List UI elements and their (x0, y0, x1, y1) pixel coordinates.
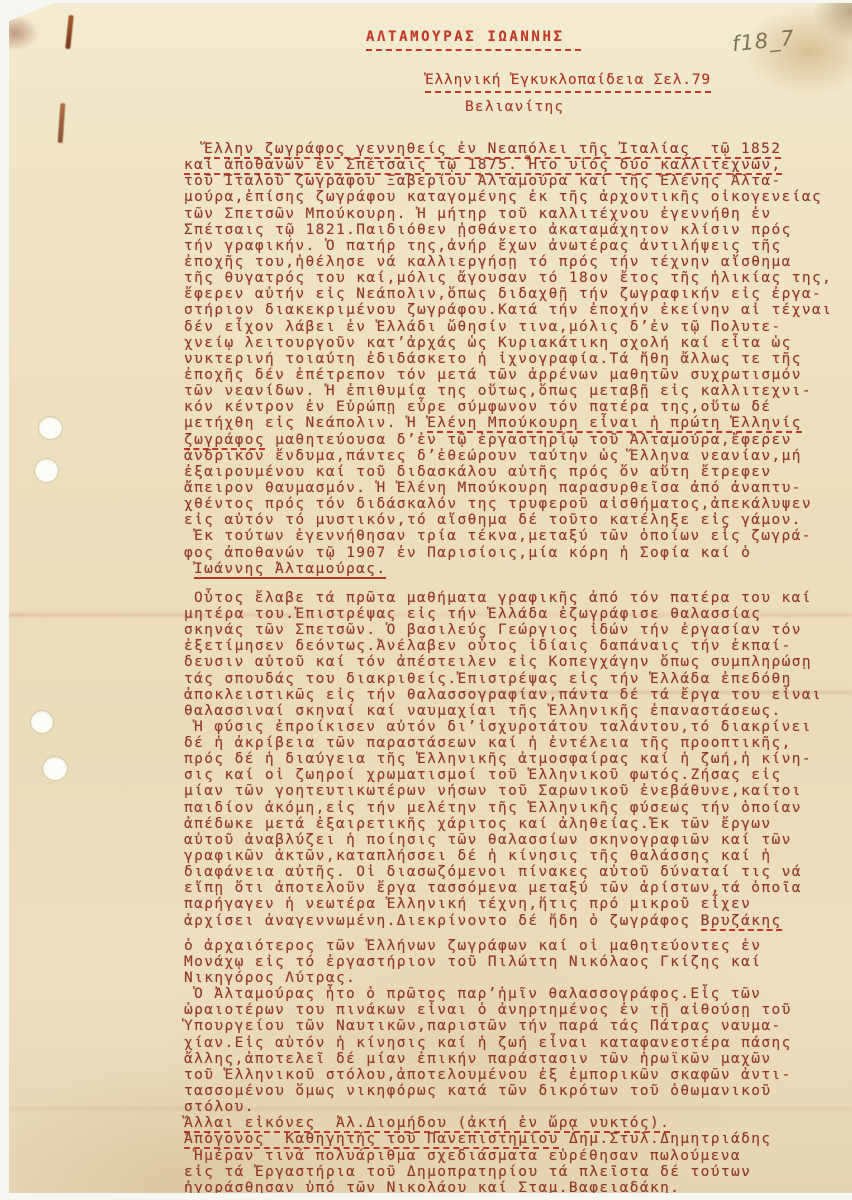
text-run: μίαν τῶν γοητευτικωτέρων νήσων τοῦ Σαρων… (184, 783, 802, 799)
text-run: δέ ἡ ἀκρίβεια τῶν παραστάσεων καί ἡ ἐντέ… (184, 735, 792, 751)
text-line: εἰς τά Ἐργαστήρια τοῦ Δημοπρατηρίου τά π… (184, 1164, 846, 1180)
text-run: ὁ ἀρχαιότερος τῶν Ἑλλήνων ζωγράφων καί ο… (184, 938, 761, 954)
text-line: δευσιν αὐτοῦ καί τόν ἀπέστειλεν εἰς Κοπε… (184, 654, 846, 670)
paper-sheet: f18_7 ΑΛΤΑΜΟΥΡΑΣ ΙΩΑΝΝΗΣ Ἑλληνική Ἐγκυκλ… (9, 3, 852, 1193)
text-run: Ὁ Ἀλταμούρας ἦτο ὁ πρῶτος παρ’ἡμῖν θαλασ… (194, 986, 761, 1002)
text-line: Ἡ φύσις ἐπροίκισεν αὐτόν δι’ἰσχυροτάτου … (184, 719, 846, 735)
text-run: παιδίον ἀκόμη,εἰς τήν μελέτην τῆς Ἑλληνι… (184, 800, 802, 816)
text-run: ἔφερεν αὐτήν εἰς Νεάπολιν,ὅπως διδαχθῇ τ… (184, 286, 822, 302)
text-line: Ὑπουργείου τῶν Ναυτικῶν,παριστῶν τήν παρ… (184, 1018, 846, 1034)
text-line: ἐποχῆς του,ἠθέλησε νά καλλιεργήσῃ τό πρό… (184, 254, 846, 270)
text-line: τῆς θυγατρός του καί,μόλις ἄγουσαν τό 18… (184, 270, 846, 286)
text-run: αὐτοῦ ἀναβλύζει ἡ ποίησις τῶν θαλασσίων … (184, 832, 792, 848)
text-line: Ἕλλην ζωγράφος γεννηθείς ἐν Νεαπόλει τῆς… (184, 141, 846, 157)
text-line: θαλασσιναί σκηναί καί ναυμαχίαι τῆς Ἑλλη… (184, 703, 846, 719)
text-line: ἀρχίσει ἀναγεννωμένη.Διεκρίνοντο δέ ἤδη … (184, 913, 846, 929)
text-line: καί ἀποθανών ἐν Σπέτσαις τῷ 1875. Ἦτο υἱ… (184, 157, 846, 173)
text-run: ἐποχῆς δέν ἐπέτρεπον τόν μετά τῶν ἀρρένω… (184, 367, 802, 383)
text-line: εἴπῃ ὅτι ἀποτελοῦν ἔργα τασσόμενα μεταξύ… (184, 880, 846, 896)
text-run: ἀρχίσει ἀναγεννωμένη.Διεκρίνοντο δέ ἤδη … (184, 913, 701, 929)
text-run: τοῦ Ἰταλοῦ ζωγράφου Ξαβερίου Ἀλταμούρα κ… (184, 173, 782, 189)
text-run: εἰς τά Ἐργαστήρια τοῦ Δημοπρατηρίου τά π… (184, 1164, 751, 1180)
text-line: χθέντος πρός τόν διδάσκαλόν της τρυφεροῦ… (184, 496, 846, 512)
text-line: μίαν τῶν γοητευτικωτέρων νήσων τοῦ Σαρων… (184, 783, 846, 799)
text-run: σις καί οἱ ζωηροί χρωματισμοί τοῦ Ἑλληνι… (184, 767, 782, 783)
text-run: Νικηγόρος Λύτρας. (184, 970, 356, 986)
source-reference: Ἑλληνική Ἐγκυκλοπαίδεια Σελ.79 (425, 72, 711, 93)
text-run: τασσομένου ὅμως νικηφόρως κατά τῶν δικρό… (184, 1083, 772, 1099)
text-line: ζωγράφος μαθητεύουσα δ’ἐν τῷ ἐργαστηρίῳ … (184, 432, 846, 448)
text-line: ἀποκλειστικῶς εἰς τήν θαλασσογραφίαν,πάν… (184, 687, 846, 703)
paragraph: Ἄλλαι εἰκόνες Ἀλ.Διομήδου (ἀκτή ἐν ὥρᾳ ν… (184, 1115, 846, 1196)
text-line: διαφάνεια αὐτῆς. Οἱ διασωζόμενοι πίνακες… (184, 864, 846, 880)
handwritten-annotation: f18_7 (731, 26, 796, 56)
text-line: Οὗτος ἔλαβε τά πρῶτα μαθήματα γραφικῆς ἀ… (184, 590, 846, 606)
body-text: Ἕλλην ζωγράφος γεννηθείς ἐν Νεαπόλει τῆς… (184, 141, 846, 1196)
punch-hole (43, 757, 67, 780)
text-run: ἀπέδωκε μετά ἐξαιρετικῆς χάριτος καί ἀλη… (184, 816, 772, 832)
text-line: μούρα,ἐπίσης ζωγράφου καταγομένης ἐκ τῆς… (184, 189, 846, 205)
author-name: Βελιανίτης (465, 99, 564, 115)
text-line: στόλου. (184, 1099, 846, 1115)
text-line: χνείῳ λειτουργοῦν κατ’ἀρχάς ὡς Κυριακάτι… (184, 335, 846, 351)
text-line: ἔφερεν αὐτήν εἰς Νεάπολιν,ὅπως διδαχθῇ τ… (184, 286, 846, 302)
text-line: μετήχθη εἰς Νεάπολιν. Ἡ Ἑλένη Μπούκουρη … (184, 415, 846, 431)
paragraph: ὁ ἀρχαιότερος τῶν Ἑλλήνων ζωγράφων καί ο… (184, 938, 846, 986)
text-run: μαθητεύουσα δ’ἐν τῷ ἐργαστηρίῳ τοῦ Ἀλταμ… (265, 432, 792, 448)
punch-hole (39, 417, 62, 439)
underlined-text-run: Ἰωάννης Ἀλταμούρας. (194, 561, 386, 579)
text-run: παρήγαγεν ἡ νεωτέρα Ἑλληνική τέχνη,ἥτις … (184, 896, 751, 912)
text-run: γραφικῶν ἀκτῶν,καταπλήσσει δέ ἡ κίνησις … (184, 848, 772, 864)
text-line: Ἐκ τούτων ἐγεννήθησαν τρία τέκνα,μεταξύ … (184, 528, 846, 544)
text-line: ἐξαιρουμένου καί τοῦ διδασκάλου αὐτῆς πρ… (184, 464, 846, 480)
text-line: γραφικῶν ἀκτῶν,καταπλήσσει δέ ἡ κίνησις … (184, 848, 846, 864)
text-line: δέν εἶχον λάβει ἐν Ἑλλάδι ὤθησίν τινα,μό… (184, 319, 846, 335)
text-line: κόν κέντρον ἐν Εὐρώπῃ εὗρε σύμφωνον τόν … (184, 399, 846, 415)
text-run: ἠγοράσθησαν ὑπό τῶν Νικολάου καί Σταμ.Βα… (184, 1180, 680, 1196)
text-line: σκηνάς τῶν Σπετσῶν. Ὁ βασιλεύς Γεώργιος … (184, 622, 846, 638)
text-run: Ὑπουργείου τῶν Ναυτικῶν,παριστῶν τήν παρ… (184, 1018, 782, 1034)
text-line: ἠγοράσθησαν ὑπό τῶν Νικολάου καί Σταμ.Βα… (184, 1180, 846, 1196)
text-run: εἰς αὐτόν τό μυστικόν,τό αἴσθημα δέ τοῦτ… (184, 512, 802, 528)
text-run: τήν γραφικήν. Ὁ πατήρ της,ἀνήρ ἔχων ἀνωτ… (184, 238, 782, 254)
text-run: δευσιν αὐτοῦ καί τόν ἀπέστειλεν εἰς Κοπε… (184, 654, 812, 670)
text-run: κόν κέντρον ἐν Εὐρώπῃ εὗρε σύμφωνον τόν … (184, 399, 772, 415)
text-line: τοῦ Ἰταλοῦ ζωγράφου Ξαβερίου Ἀλταμούρα κ… (184, 173, 846, 189)
punch-hole (31, 711, 53, 733)
text-line: δέ ἡ ἀκρίβεια τῶν παραστάσεων καί ἡ ἐντέ… (184, 735, 846, 751)
text-run: στόλου. (184, 1099, 255, 1115)
text-line: νυκτερινή τοιαύτη ἐδιδάσκετο ἡ ἰχνογραφί… (184, 351, 846, 367)
text-run: εἴπῃ ὅτι ἀποτελοῦν ἔργα τασσόμενα μεταξύ… (184, 880, 802, 896)
text-line: ἐξετίμησεν δεόντως.Ἀνέλαβεν οὗτος ἰδίαις… (184, 638, 846, 654)
text-run: ἐποχῆς του,ἠθέλησε νά καλλιεργήσῃ τό πρό… (184, 254, 792, 270)
text-run: ἐξετίμησεν δεόντως.Ἀνέλαβεν οὗτος ἰδίαις… (184, 638, 792, 654)
text-run: ἀποκλειστικῶς εἰς τήν θαλασσογραφίαν,πάν… (184, 687, 822, 703)
text-run: σκηνάς τῶν Σπετσῶν. Ὁ βασιλεύς Γεώργιος … (184, 622, 802, 638)
text-line: Ἰωάννης Ἀλταμούρας. (184, 561, 846, 577)
text-line: Ὁ Ἀλταμούρας ἦτο ὁ πρῶτος παρ’ἡμῖν θαλασ… (184, 986, 846, 1002)
text-run: Ἡ φύσις ἐπροίκισεν αὐτόν δι’ἰσχυροτάτου … (194, 719, 812, 735)
text-run: νυκτερινή τοιαύτη ἐδιδάσκετο ἡ ἰχνογραφί… (184, 351, 802, 367)
text-line: Ἡμέραν τινά πολυάριθμα σχεδιάσματα εὑρέθ… (184, 1148, 846, 1164)
text-run: δέν εἶχον λάβει ἐν Ἑλλάδι ὤθησίν τινα,μό… (184, 319, 782, 335)
text-run: μετήχθη εἰς Νεάπολιν. Ἡ (184, 415, 427, 431)
text-run: Οὗτος ἔλαβε τά πρῶτα μαθήματα γραφικῆς ἀ… (194, 590, 812, 606)
text-run: Δημ.Στυλ.Δημητριάδης (559, 1131, 772, 1147)
text-run: διαφάνεια αὐτῆς. Οἱ διασωζόμενοι πίνακες… (184, 864, 802, 880)
text-line: φος ἀποθανών τῷ 1907 ἐν Παρισίοις,μία κό… (184, 545, 846, 561)
text-line: ἀνδρικόν ἔνδυμα,πάντες δ’ἐθεώρουν ταύτην… (184, 448, 846, 464)
text-line: παρήγαγεν ἡ νεωτέρα Ἑλληνική τέχνη,ἥτις … (184, 896, 846, 912)
text-run: πρός δέ ἡ διαύγεια τῆς Ἑλληνικῆς ἀτμοσφα… (184, 751, 812, 767)
paragraph: Ἕλλην ζωγράφος γεννηθείς ἐν Νεαπόλει τῆς… (184, 141, 846, 577)
text-run: Ἐκ τούτων ἐγεννήθησαν τρία τέκνα,μεταξύ … (194, 528, 812, 544)
text-line: τῶν νεανίδων. Ἡ ἐπιθυμία της οὕτως,ὅπως … (184, 383, 846, 399)
text-line: Μονάχῳ εἰς τό ἐργαστήριον τοῦ Πιλώττη Νι… (184, 954, 846, 970)
text-line: αὐτοῦ ἀναβλύζει ἡ ποίησις τῶν θαλασσίων … (184, 832, 846, 848)
text-run: χνείῳ λειτουργοῦν κατ’ἀρχάς ὡς Κυριακάτι… (184, 335, 792, 351)
text-run: στήριον διακεκριμένου ζωγράφου.Κατά τήν … (184, 302, 832, 318)
staple-rust-mark (58, 103, 66, 143)
text-run: ἄλλης,ἀποτελεῖ δέ μίαν ἐπικήν παράστασιν… (184, 1051, 772, 1067)
text-run: θαλασσιναί σκηναί καί ναυμαχίαι τῆς Ἑλλη… (184, 703, 782, 719)
text-line: πρός δέ ἡ διαύγεια τῆς Ἑλληνικῆς ἀτμοσφα… (184, 751, 846, 767)
text-line: ὡραιοτέρων του πινάκων εἶναι ὁ ἀνηρτημέν… (184, 1002, 846, 1018)
text-line: τασσομένου ὅμως νικηφόρως κατά τῶν δικρό… (184, 1083, 846, 1099)
text-line: στήριον διακεκριμένου ζωγράφου.Κατά τήν … (184, 302, 846, 318)
text-line: εἰς αὐτόν τό μυστικόν,τό αἴσθημα δέ τοῦτ… (184, 512, 846, 528)
paragraph: Οὗτος ἔλαβε τά πρῶτα μαθήματα γραφικῆς ἀ… (184, 590, 846, 929)
text-line: Νικηγόρος Λύτρας. (184, 970, 846, 986)
text-line: χίαν.Εἰς αὐτόν ἡ κίνησις καί ἡ ζωή εἶναι… (184, 1035, 846, 1051)
text-run: ὡραιοτέρων του πινάκων εἶναι ὁ ἀνηρτημέν… (184, 1002, 792, 1018)
text-run: τῶν νεανίδων. Ἡ ἐπιθυμία της οὕτως,ὅπως … (184, 383, 812, 399)
text-run: μούρα,ἐπίσης ζωγράφου καταγομένης ἐκ τῆς… (184, 189, 822, 205)
text-run: τῶν Σπετσῶν Μπούκουρη. Ἡ μήτηρ τοῦ καλλι… (184, 206, 772, 222)
text-line: Σπέτσαις τῷ 1821.Παιδιόθεν ᾐσθάνετο ἀκατ… (184, 222, 846, 238)
text-line: Ἀπόγονος Καθηγητής τοῦ Πανεπιστημίου Δημ… (184, 1131, 846, 1147)
underlined-text-run: Βρυζάκης (701, 913, 782, 931)
text-run: μητέρα του.Ἐπιστρέψας εἰς τήν Ἑλλάδα ἐζω… (184, 606, 761, 622)
text-run: χίαν.Εἰς αὐτόν ἡ κίνησις καί ἡ ζωή εἶναι… (184, 1035, 792, 1051)
text-run: Σπέτσαις τῷ 1821.Παιδιόθεν ᾐσθάνετο ἀκατ… (184, 222, 792, 238)
staple-rust-mark (65, 15, 74, 49)
text-line: τοῦ Ἑλληνικοῦ στόλου,ἀποτελουμένου ἐξ ἐμ… (184, 1067, 846, 1083)
text-run: Ἡμέραν τινά πολυάριθμα σχεδιάσματα εὑρέθ… (194, 1148, 741, 1164)
text-line: μητέρα του.Ἐπιστρέψας εἰς τήν Ἑλλάδα ἐζω… (184, 606, 846, 622)
text-line: τῶν Σπετσῶν Μπούκουρη. Ἡ μήτηρ τοῦ καλλι… (184, 206, 846, 222)
text-run: Μονάχῳ εἰς τό ἐργαστήριον τοῦ Πιλώττη Νι… (184, 954, 761, 970)
text-line: ἐποχῆς δέν ἐπέτρεπον τόν μετά τῶν ἀρρένω… (184, 367, 846, 383)
text-run: φος ἀποθανών τῷ 1907 ἐν Παρισίοις,μία κό… (184, 545, 751, 561)
text-line: ἄπειρον θαυμασμόν. Ἡ Ἑλένη Μπούκουρη παρ… (184, 480, 846, 496)
text-run: ἐξαιρουμένου καί τοῦ διδασκάλου αὐτῆς πρ… (184, 464, 772, 480)
text-run: ἄπειρον θαυμασμόν. Ἡ Ἑλένη Μπούκουρη παρ… (184, 480, 802, 496)
text-line: παιδίον ἀκόμη,εἰς τήν μελέτην τῆς Ἑλληνι… (184, 800, 846, 816)
text-line: τήν γραφικήν. Ὁ πατήρ της,ἀνήρ ἔχων ἀνωτ… (184, 238, 846, 254)
document-title: ΑΛΤΑΜΟΥΡΑΣ ΙΩΑΝΝΗΣ (366, 29, 581, 51)
text-run: τάς σπουδάς του διακριθείς.Ἐπιστρέψας εἰ… (184, 671, 792, 687)
punch-hole (35, 459, 58, 482)
text-line: ὁ ἀρχαιότερος τῶν Ἑλλήνων ζωγράφων καί ο… (184, 938, 846, 954)
text-line: ἄλλης,ἀποτελεῖ δέ μίαν ἐπικήν παράστασιν… (184, 1051, 846, 1067)
text-line: σις καί οἱ ζωηροί χρωματισμοί τοῦ Ἑλληνι… (184, 767, 846, 783)
text-run: τῆς θυγατρός του καί,μόλις ἄγουσαν τό 18… (184, 270, 832, 286)
text-line: ἀπέδωκε μετά ἐξαιρετικῆς χάριτος καί ἀλη… (184, 816, 846, 832)
text-run: χθέντος πρός τόν διδάσκαλόν της τρυφεροῦ… (184, 496, 812, 512)
text-line: τάς σπουδάς του διακριθείς.Ἐπιστρέψας εἰ… (184, 671, 846, 687)
text-line: Ἄλλαι εἰκόνες Ἀλ.Διομήδου (ἀκτή ἐν ὥρᾳ ν… (184, 1115, 846, 1131)
paragraph: Ὁ Ἀλταμούρας ἦτο ὁ πρῶτος παρ’ἡμῖν θαλασ… (184, 986, 846, 1115)
text-run: ἀνδρικόν ἔνδυμα,πάντες δ’ἐθεώρουν ταύτην… (184, 448, 802, 464)
text-run: τοῦ Ἑλληνικοῦ στόλου,ἀποτελουμένου ἐξ ἐμ… (184, 1067, 792, 1083)
